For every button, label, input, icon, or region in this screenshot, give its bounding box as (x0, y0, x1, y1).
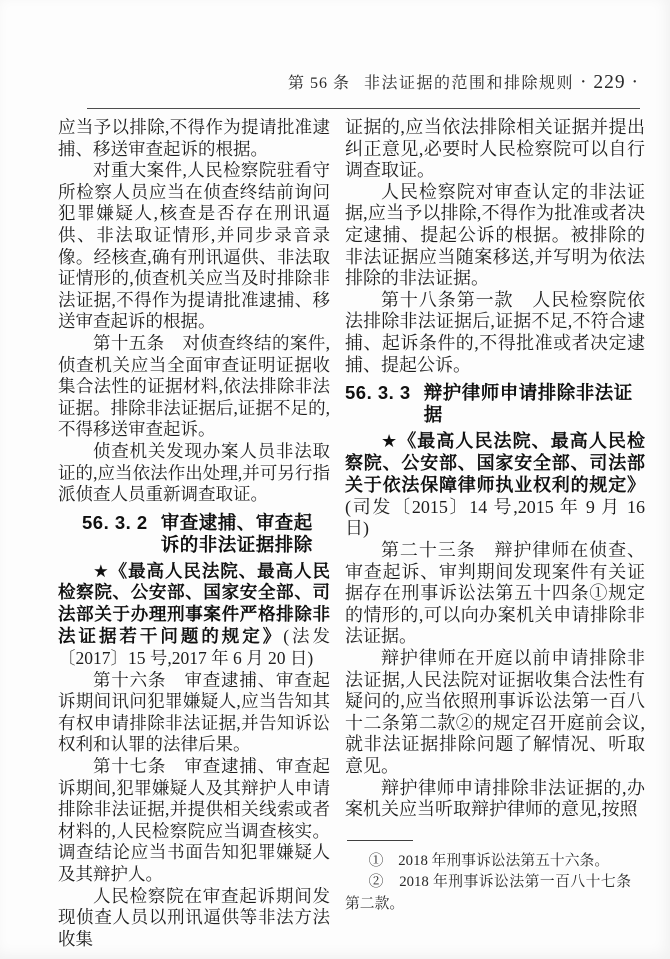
running-head: 第 56 条非法证据的范围和排除规则· 229 · (0, 70, 639, 94)
star-icon: ★ (381, 431, 398, 451)
section-title: 辩护律师申请排除非法证据 (424, 382, 645, 426)
star-icon: ★ (93, 561, 110, 581)
page-title: 非法证据的范围和排除规则 (364, 75, 574, 92)
paragraph: 应当予以排除,不得作为提请批准逮捕、移送审查起诉的根据。 (58, 117, 330, 160)
paragraph: 第十六条 审查逮捕、审查起诉期间讯问犯罪嫌疑人,应当告知其有权申请排除非法证据,… (58, 670, 330, 756)
page: 第 56 条非法证据的范围和排除规则· 229 · 应当予以排除,不得作为提请批… (0, 0, 670, 959)
page-number: · 229 · (580, 72, 639, 93)
paragraph: 人民检察院对审查认定的非法证据,应当予以排除,不得作为批准或者决定逮捕、提起公诉… (345, 182, 645, 290)
citation-reference: (司发〔2015〕14 号,2015 年 9 月 16 日) (345, 497, 645, 539)
citation-paragraph: ★《最高人民法院、最高人民检察院、公安部、国家安全部、司法部关于办理刑事案件严格… (58, 561, 330, 670)
paragraph: 第十七条 审查逮捕、审查起诉期间,犯罪嫌疑人及其辩护人申请排除非法证据,并提供相… (58, 756, 330, 886)
paragraph: 第十五条 对侦查终结的案件,侦查机关应当全面审查证明证据收集合法性的证据材料,依… (58, 333, 330, 441)
citation-paragraph: ★《最高人民法院、最高人民检察院、公安部、国家安全部、司法部关于依法保障律师执业… (345, 431, 645, 540)
paragraph: 辩护律师申请排除非法证据的,办案机关应当听取辩护律师的意见,按照 (345, 778, 645, 821)
paragraph: 人民检察院在审查起诉期间发现侦查人员以刑讯逼供等非法方法收集 (58, 886, 330, 951)
section-number: 56. 3. 2 (82, 512, 148, 556)
footnote: ② 2018 年刑事诉讼法第一百八十七条第二款。 (345, 872, 631, 915)
content-columns: 应当予以排除,不得作为提请批准逮捕、移送审查起诉的根据。 对重大案件,人民检察院… (58, 117, 645, 950)
footnote-divider (347, 840, 413, 841)
paragraph: 证据的,应当依法排除相关证据并提出纠正意见,必要时人民检察院可以自行调查取证。 (345, 117, 645, 182)
section-title: 审查逮捕、审查起诉的非法证据排除 (161, 512, 330, 556)
paragraph: 侦查机关发现办案人员非法取证的,应当依法作出处理,并可另行指派侦查人员重新调查取… (58, 441, 330, 506)
footnotes: ① 2018 年刑事诉讼法第五十六条。 ② 2018 年刑事诉讼法第一百八十七条… (345, 840, 645, 916)
footnote: ① 2018 年刑事诉讼法第五十六条。 (345, 851, 631, 873)
section-heading-56-3-3: 56. 3. 3 辩护律师申请排除非法证据 (345, 382, 645, 426)
section-heading-56-3-2: 56. 3. 2 审查逮捕、审查起诉的非法证据排除 (58, 512, 330, 556)
paragraph: 对重大案件,人民检察院驻看守所检察人员应当在侦查终结前询问犯罪嫌疑人,核查是否存… (58, 160, 330, 333)
left-column: 应当予以排除,不得作为提请批准逮捕、移送审查起诉的根据。 对重大案件,人民检察院… (58, 117, 330, 950)
right-column: 证据的,应当依法排除相关证据并提出纠正意见,必要时人民检察院可以自行调查取证。 … (345, 117, 645, 950)
article-number: 第 56 条 (288, 75, 350, 92)
scanned-book-page: { "header": { "article": "第 56 条", "titl… (0, 0, 670, 959)
paragraph: 第二十三条 辩护律师在侦查、审查起诉、审判期间发现案件有关证据存在刑事诉讼法第五… (345, 540, 645, 648)
paragraph: 辩护律师在开庭以前申请排除非法证据,人民法院对证据收集合法性有疑问的,应当依照刑… (345, 648, 645, 778)
section-number: 56. 3. 3 (345, 382, 411, 426)
header-rule (87, 108, 640, 109)
paragraph: 第十八条第一款 人民检察院依法排除非法证据后,证据不足,不符合逮捕、起诉条件的,… (345, 290, 645, 376)
